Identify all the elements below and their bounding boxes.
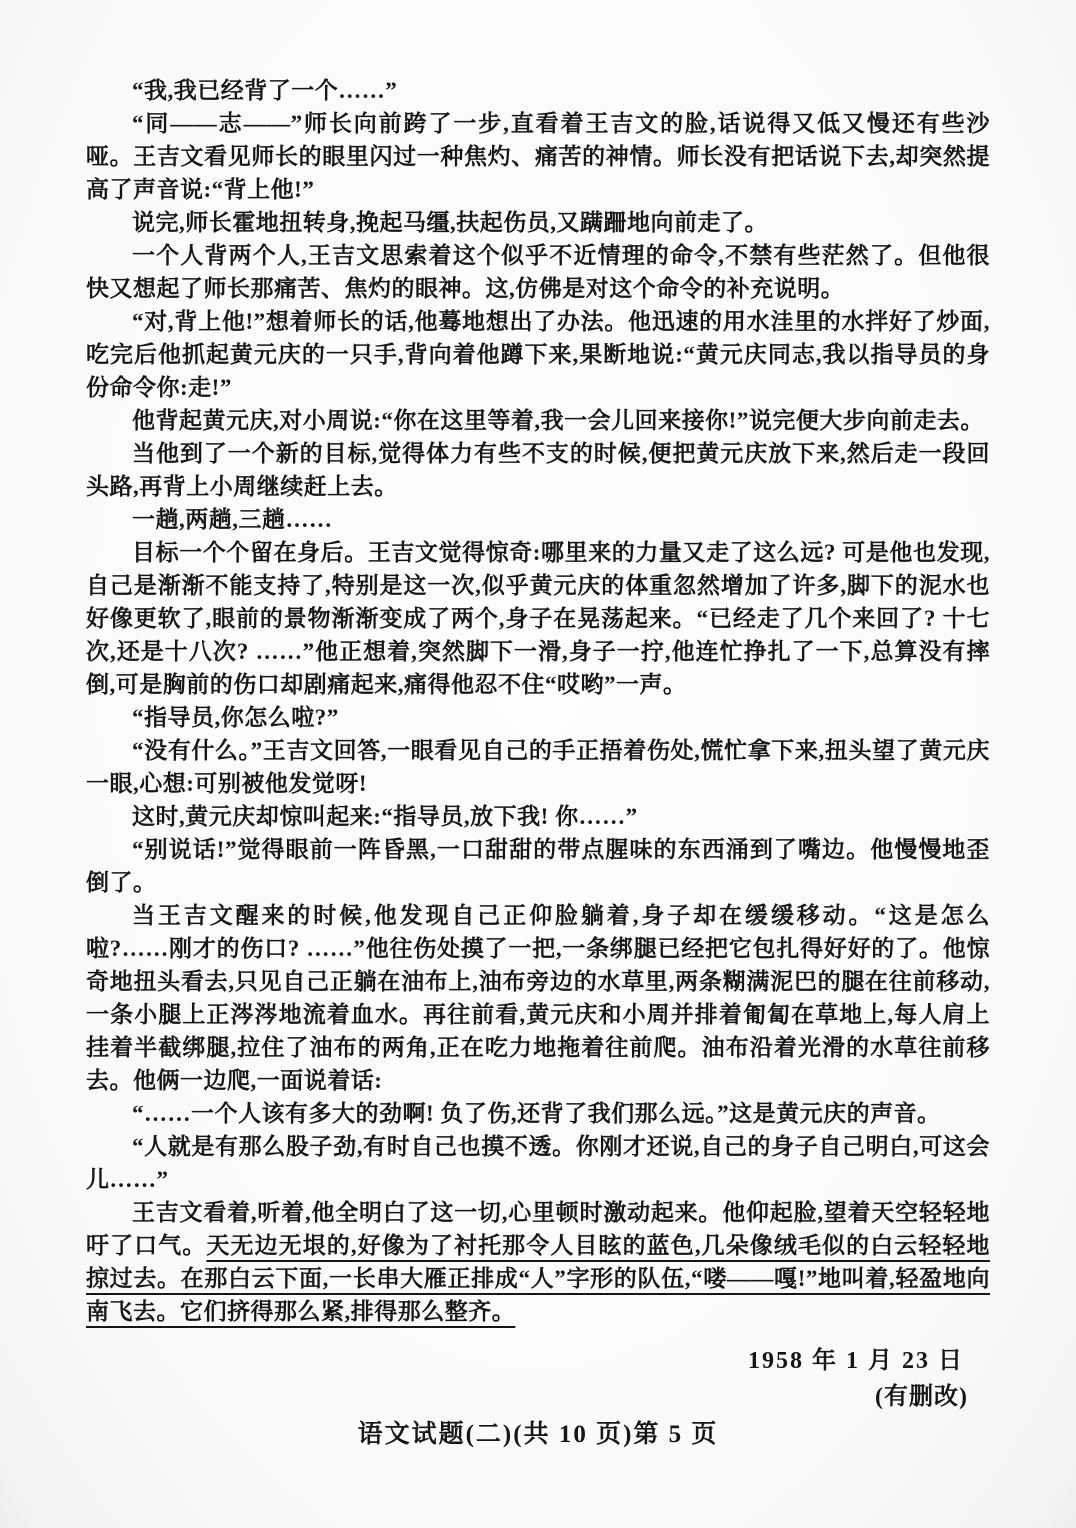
text-segment: 一个人背两个人,王吉文思索着这个似乎不近情理的命令,不禁有些茫然了。但他很快又想… <box>86 243 990 301</box>
paragraph: 一个人背两个人,王吉文思索着这个似乎不近情理的命令,不禁有些茫然了。但他很快又想… <box>86 239 990 305</box>
document-page: “我,我已经背了一个……”“同——志——”师长向前跨了一步,直看着王吉文的脸,话… <box>0 0 1076 1528</box>
paragraph: 他背起黄元庆,对小周说:“你在这里等着,我一会儿回来接你!”说完便大步向前走去。 <box>86 404 990 437</box>
text-segment: 当他到了一个新的目标,觉得体力有些不支的时候,便把黄元庆放下来,然后走一段回头路… <box>86 441 990 499</box>
paragraph: “同——志——”师长向前跨了一步,直看着王吉文的脸,话说得又低又慢还有些沙哑。王… <box>86 107 990 206</box>
text-segment: “我,我已经背了一个……” <box>132 78 397 103</box>
text-segment: “指导员,你怎么啦?” <box>132 705 339 730</box>
paragraph: “……一个人该有多大的劲啊! 负了伤,还背了我们那么远。”这是黄元庆的声音。 <box>86 1097 990 1130</box>
text-segment: 一趟,两趟,三趟…… <box>132 507 333 532</box>
paragraph: “我,我已经背了一个……” <box>86 74 990 107</box>
text-segment: “同——志——”师长向前跨了一步,直看着王吉文的脸,话说得又低又慢还有些沙哑。王… <box>86 111 990 202</box>
text-segment: “人就是有那么股子劲,有时自己也摸不透。你刚才还说,自己的身子自己明白,可这会儿… <box>86 1134 990 1192</box>
text-segment: 这时,黄元庆却惊叫起来:“指导员,放下我! 你……” <box>132 804 638 829</box>
passage-note: (有删改) <box>875 1376 968 1411</box>
text-segment: 目标一个个留在身后。王吉文觉得惊奇:哪里来的力量又走了这么远? 可是他也发现,自… <box>86 540 990 697</box>
paragraph: 一趟,两趟,三趟…… <box>86 503 990 536</box>
paragraph: “指导员,你怎么啦?” <box>86 701 990 734</box>
text-segment: 他背起黄元庆,对小周说:“你在这里等着,我一会儿回来接你!”说完便大步向前走去。 <box>132 408 984 433</box>
text-segment: “对,背上他!”想着师长的话,他蓦地想出了办法。他迅速的用水洼里的水拌好了炒面,… <box>86 309 990 400</box>
paragraph: “别说话!”觉得眼前一阵昏黑,一口甜甜的带点腥味的东西涌到了嘴边。他慢慢地歪倒了… <box>86 833 990 899</box>
paragraph: “没有什么。”王吉文回答,一眼看见自己的手正捂着伤处,慌忙拿下来,扭头望了黄元庆… <box>86 734 990 800</box>
paragraph: 说完,师长霍地扭转身,挽起马缰,扶起伤员,又蹒跚地向前走了。 <box>86 206 990 239</box>
paragraph: 王吉文看着,听着,他全明白了这一切,心里顿时激动起来。他仰起脸,望着天空轻轻地吁… <box>86 1196 990 1328</box>
paragraph: 这时,黄元庆却惊叫起来:“指导员,放下我! 你……” <box>86 800 990 833</box>
text-segment: 当王吉文醒来的时候,他发现自己正仰脸躺着,身子却在缓缓移动。“这是怎么啦?……刚… <box>86 903 990 1093</box>
passage-body: “我,我已经背了一个……”“同——志——”师长向前跨了一步,直看着王吉文的脸,话… <box>86 74 990 1328</box>
paragraph: 当王吉文醒来的时候,他发现自己正仰脸躺着,身子却在缓缓移动。“这是怎么啦?……刚… <box>86 899 990 1097</box>
text-segment: “没有什么。”王吉文回答,一眼看见自己的手正捂着伤处,慌忙拿下来,扭头望了黄元庆… <box>86 738 990 796</box>
text-segment: “……一个人该有多大的劲啊! 负了伤,还背了我们那么远。”这是黄元庆的声音。 <box>132 1101 941 1126</box>
page-footer: 语文试题(二)(共 10 页)第 5 页 <box>0 1414 1076 1450</box>
paragraph: “对,背上他!”想着师长的话,他蓦地想出了办法。他迅速的用水洼里的水拌好了炒面,… <box>86 305 990 404</box>
text-segment: 说完,师长霍地扭转身,挽起马缰,扶起伤员,又蹒跚地向前走了。 <box>132 210 768 235</box>
paragraph: 目标一个个留在身后。王吉文觉得惊奇:哪里来的力量又走了这么远? 可是他也发现,自… <box>86 536 990 701</box>
text-segment: “别说话!”觉得眼前一阵昏黑,一口甜甜的带点腥味的东西涌到了嘴边。他慢慢地歪倒了… <box>86 837 990 895</box>
paragraph: 当他到了一个新的目标,觉得体力有些不支的时候,便把黄元庆放下来,然后走一段回头路… <box>86 437 990 503</box>
passage-date: 1958 年 1 月 23 日 <box>748 1340 964 1375</box>
paragraph: “人就是有那么股子劲,有时自己也摸不透。你刚才还说,自己的身子自己明白,可这会儿… <box>86 1130 990 1196</box>
underlined-text-segment: 天无边无垠的,好像为了衬托那令人目眩的蓝色,几朵像绒毛似的白云轻轻地掠过去。在那… <box>86 1233 990 1324</box>
